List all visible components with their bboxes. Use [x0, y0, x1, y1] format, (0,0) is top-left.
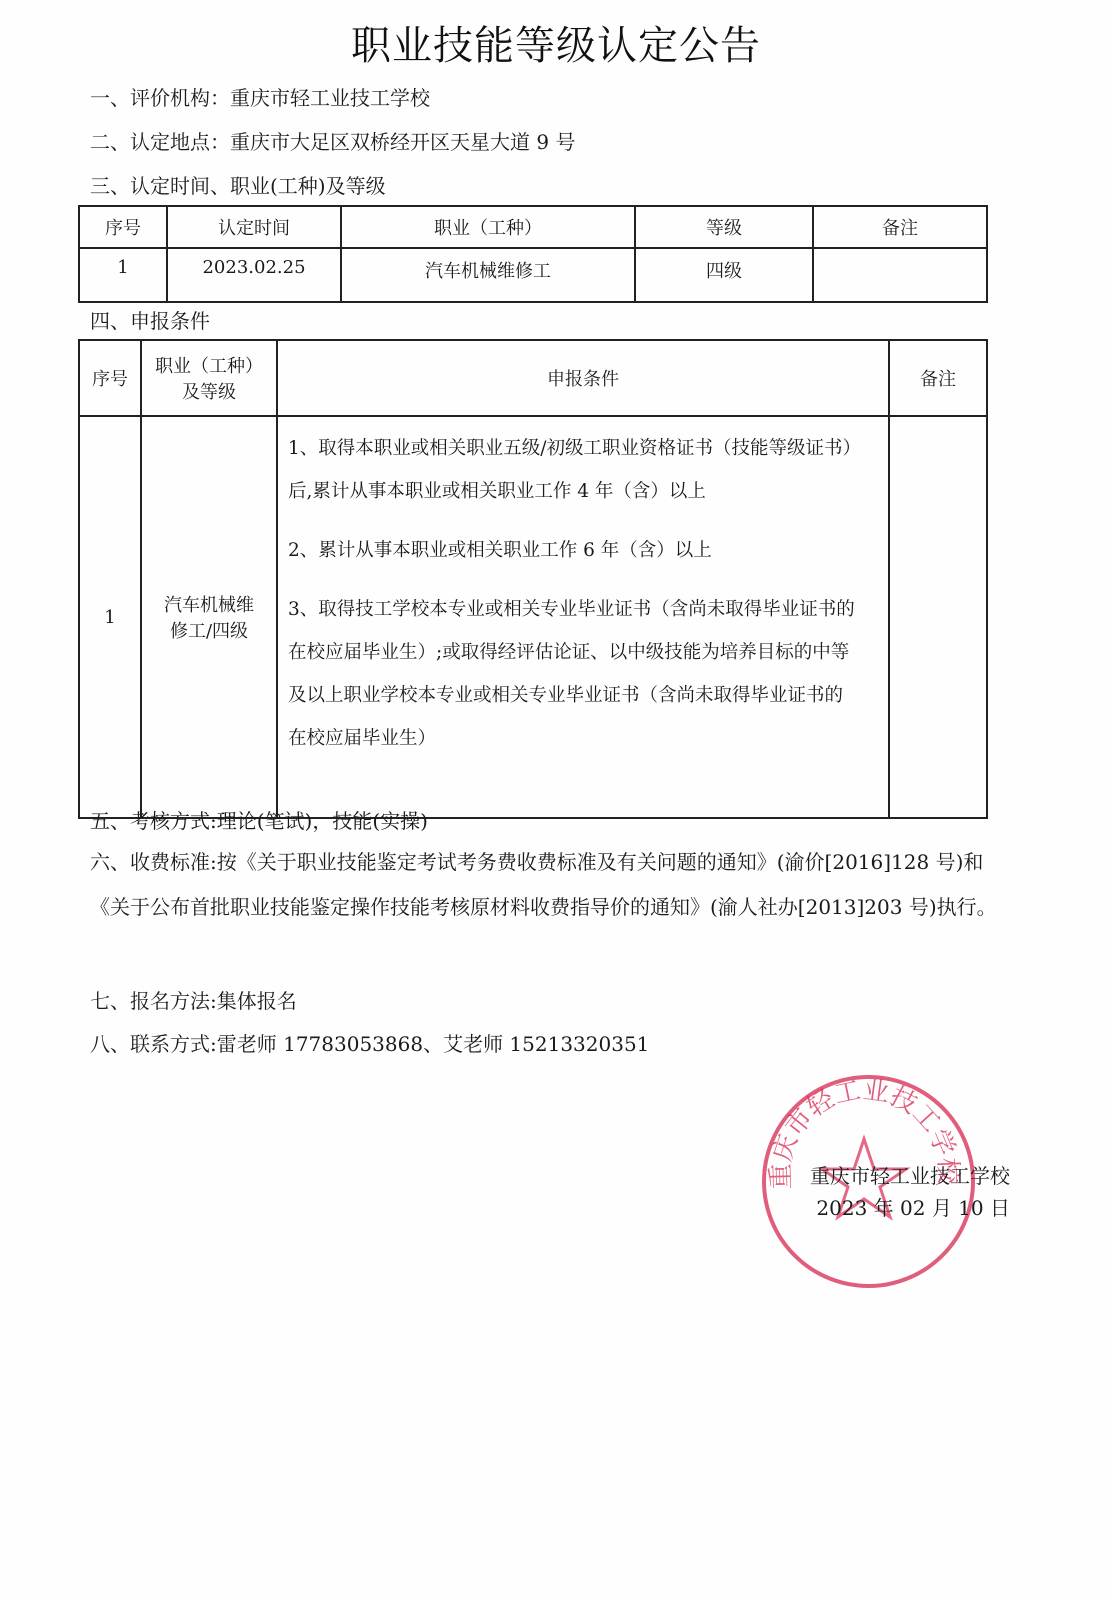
- header-cell: 职业（工种）: [341, 206, 635, 248]
- table-header-row: 序号 职业（工种） 及等级 申报条件 备注: [79, 340, 987, 416]
- signature-org: 重庆市轻工业技工学校: [790, 1160, 1010, 1192]
- header-cell: 等级: [635, 206, 813, 248]
- cell-note: [889, 416, 987, 818]
- cell-occupation: 汽车机械维 修工/四级: [141, 416, 277, 818]
- section-location: 二、认定地点：重庆市大足区双桥经开区天星大道 9 号: [90, 126, 575, 155]
- schedule-table: 序号 认定时间 职业（工种） 等级 备注 1 2023.02.25 汽车机械维修…: [78, 205, 988, 303]
- section-contact: 八、联系方式:雷老师 17783053868、艾老师 15213320351: [90, 1028, 649, 1057]
- header-cell: 备注: [813, 206, 987, 248]
- section-time-occupation: 三、认定时间、职业(工种)及等级: [90, 170, 386, 199]
- cell-occupation: 汽车机械维修工: [341, 248, 635, 302]
- header-cell: 序号: [79, 340, 141, 416]
- table-row: 1 2023.02.25 汽车机械维修工 四级: [79, 248, 987, 302]
- table-row: 1 汽车机械维 修工/四级 1、取得本职业或相关职业五级/初级工职业资格证书（技…: [79, 416, 987, 818]
- cell-no: 1: [79, 248, 167, 302]
- section-evaluation-org: 一、评价机构：重庆市轻工业技工学校: [90, 82, 430, 111]
- cell-no: 1: [79, 416, 141, 818]
- cell-note: [813, 248, 987, 302]
- section-registration: 七、报名方法:集体报名: [90, 985, 297, 1014]
- signature-date: 2023 年 02 月 10 日: [790, 1192, 1010, 1224]
- header-cell: 申报条件: [277, 340, 889, 416]
- condition-line: 后,累计从事本职业或相关职业工作 4 年（含）以上: [288, 470, 878, 513]
- section-fees: 六、收费标准:按《关于职业技能鉴定考试考务费收费标准及有关问题的通知》(渝价[2…: [90, 840, 1010, 930]
- occupation-line1: 汽车机械维: [142, 591, 276, 617]
- cell-date: 2023.02.25: [167, 248, 341, 302]
- header-cell: 序号: [79, 206, 167, 248]
- section-requirements: 四、申报条件: [90, 305, 210, 334]
- page-title: 职业技能等级认定公告: [0, 14, 1112, 71]
- signature-block: 重庆市轻工业技工学校 2023 年 02 月 10 日: [790, 1160, 1010, 1224]
- condition-line: 在校应届毕业生）: [288, 717, 878, 760]
- header-cell: 职业（工种） 及等级: [141, 340, 277, 416]
- condition-line: 1、取得本职业或相关职业五级/初级工职业资格证书（技能等级证书）: [288, 427, 878, 470]
- header-occ-line2: 及等级: [142, 378, 276, 404]
- header-cell: 认定时间: [167, 206, 341, 248]
- condition-line: 在校应届毕业生）;或取得经评估论证、以中级技能为培养目标的中等: [288, 631, 878, 674]
- section-assessment: 五、考核方式:理论(笔试)，技能(实操): [90, 805, 428, 834]
- cell-conditions: 1、取得本职业或相关职业五级/初级工职业资格证书（技能等级证书） 后,累计从事本…: [277, 416, 889, 818]
- condition-line: 2、累计从事本职业或相关职业工作 6 年（含）以上: [288, 529, 878, 572]
- condition-line: 及以上职业学校本专业或相关专业毕业证书（含尚未取得毕业证书的: [288, 674, 878, 717]
- table-header-row: 序号 认定时间 职业（工种） 等级 备注: [79, 206, 987, 248]
- header-occ-line1: 职业（工种）: [142, 352, 276, 378]
- occupation-line2: 修工/四级: [142, 617, 276, 643]
- requirements-table: 序号 职业（工种） 及等级 申报条件 备注 1 汽车机械维 修工/四级 1、取得…: [78, 339, 988, 819]
- cell-level: 四级: [635, 248, 813, 302]
- header-cell: 备注: [889, 340, 987, 416]
- condition-line: 3、取得技工学校本专业或相关专业毕业证书（含尚未取得毕业证书的: [288, 588, 878, 631]
